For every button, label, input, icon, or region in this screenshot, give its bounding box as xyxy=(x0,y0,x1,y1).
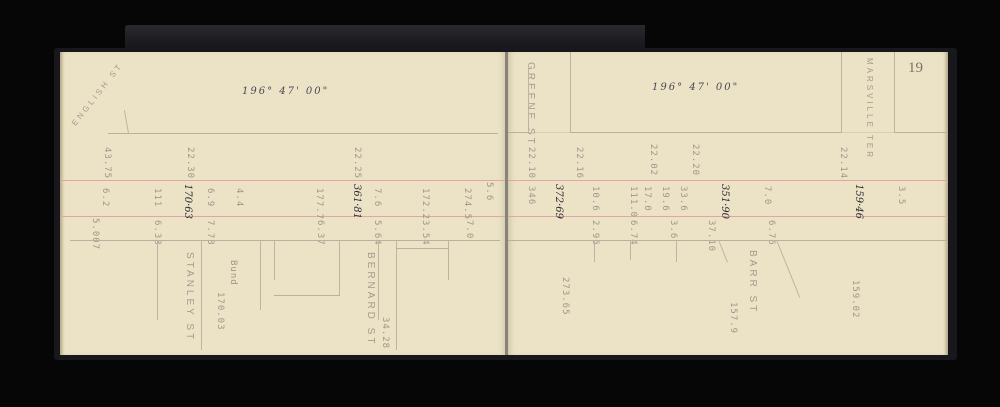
data-value: 177.7 xyxy=(314,188,324,220)
data-value: 111 xyxy=(152,188,162,207)
data-value: 6.37 xyxy=(315,220,325,246)
lot-boundary xyxy=(630,240,631,260)
offset-value: 22.30 xyxy=(185,147,195,179)
lot-boundary xyxy=(274,240,275,280)
barr-st-line xyxy=(776,240,800,298)
data-value: 5.6 xyxy=(484,182,494,201)
offset-value: 22.25 xyxy=(352,147,362,179)
data-value: 7.6 xyxy=(372,188,382,207)
data-value: 33.6 xyxy=(678,186,688,212)
data-value: 6.9 xyxy=(205,188,215,207)
chainage-value: 170·63 xyxy=(182,184,193,219)
data-value: 7.0 xyxy=(762,186,772,205)
note-value: 159.02 xyxy=(850,280,860,319)
note-value: 170.03 xyxy=(215,292,225,331)
right-bearing: 196° 47' 00" xyxy=(652,82,739,93)
data-value: 5.007 xyxy=(90,218,100,250)
data-value: 7.78 xyxy=(205,220,215,246)
data-value: 17.0 xyxy=(642,186,652,212)
chainage-value: 159·46 xyxy=(853,184,864,219)
data-value: 6.76 xyxy=(766,220,776,246)
street-line xyxy=(528,64,529,132)
lot-boundary xyxy=(157,240,158,320)
note-value: 34.28 xyxy=(380,317,390,349)
chainage-value: 372·69 xyxy=(553,184,564,219)
street-english: ENGLISH ST xyxy=(70,61,125,128)
street-frontage-line xyxy=(108,133,498,134)
left-bearing: 196° 47' 00" xyxy=(242,86,329,97)
lot-boundary xyxy=(396,240,397,350)
chainage-value: 351·90 xyxy=(719,184,730,219)
right-page: 19 196° 47' 00" GREENE ST MARSVILLE TER … xyxy=(508,52,948,355)
lot-boundary xyxy=(378,240,379,320)
barr-st-line xyxy=(718,240,728,263)
note-value: 157.9 xyxy=(728,302,738,334)
data-value: 172.2 xyxy=(420,188,430,220)
offset-value: 22.02 xyxy=(648,144,658,176)
lot-boundary xyxy=(594,240,595,262)
street-bernard: BERNARD ST xyxy=(365,252,376,346)
offset-value: 22.10 xyxy=(526,147,536,179)
lot-rear-line xyxy=(396,248,448,249)
red-rule-top xyxy=(60,180,506,181)
street-line xyxy=(894,52,895,132)
page-number: 19 xyxy=(908,60,923,77)
lot-boundary xyxy=(201,240,202,350)
red-rule-top xyxy=(508,180,948,181)
street-line xyxy=(570,52,571,132)
rear-boundary-line xyxy=(70,240,500,241)
lot-boundary xyxy=(260,240,261,310)
corner-splay-line xyxy=(124,110,129,134)
street-greene: GREENE ST xyxy=(525,62,536,147)
data-value: 19.6 xyxy=(660,186,670,212)
offset-value: 22.14 xyxy=(838,147,848,179)
street-line xyxy=(841,52,842,132)
rear-boundary-line xyxy=(508,240,948,241)
offset-value: 43.75 xyxy=(102,147,112,179)
data-value: 4.4 xyxy=(234,188,244,207)
data-value: 274.5 xyxy=(462,188,472,220)
street-marsville: MARSVILLE TER xyxy=(865,58,874,160)
offset-value: 22.16 xyxy=(574,147,584,179)
street-stanley: STANLEY ST xyxy=(184,252,195,342)
street-barr: BARR ST xyxy=(747,250,758,314)
left-page: 196° 47' 00" ENGLISH ST 43.75 22.30 22.2… xyxy=(60,52,506,355)
data-value: 2.96 xyxy=(590,220,600,246)
data-value: 3.5 xyxy=(896,186,906,205)
data-value: 10.6 xyxy=(590,186,600,212)
data-value: 37.10 xyxy=(706,220,716,252)
lot-boundary xyxy=(339,240,340,295)
frontage-line-faint xyxy=(508,132,948,133)
data-value: 6.2 xyxy=(100,188,110,207)
data-value: 111.0 xyxy=(628,186,638,218)
data-value: 5.64 xyxy=(372,220,382,246)
offset-value: 22.20 xyxy=(690,144,700,176)
data-value: 346 xyxy=(526,186,536,205)
data-value: 3.54 xyxy=(420,220,430,246)
data-value: 7.0 xyxy=(464,220,474,239)
chainage-value: 361·81 xyxy=(351,184,362,219)
note-bund: Bund xyxy=(228,260,238,286)
note-value: 273.65 xyxy=(560,277,570,316)
lot-rear-line xyxy=(274,295,340,296)
red-rule-bottom xyxy=(60,216,506,217)
data-value: 3.6 xyxy=(668,220,678,239)
lot-boundary xyxy=(676,240,677,262)
lot-boundary xyxy=(448,240,449,280)
